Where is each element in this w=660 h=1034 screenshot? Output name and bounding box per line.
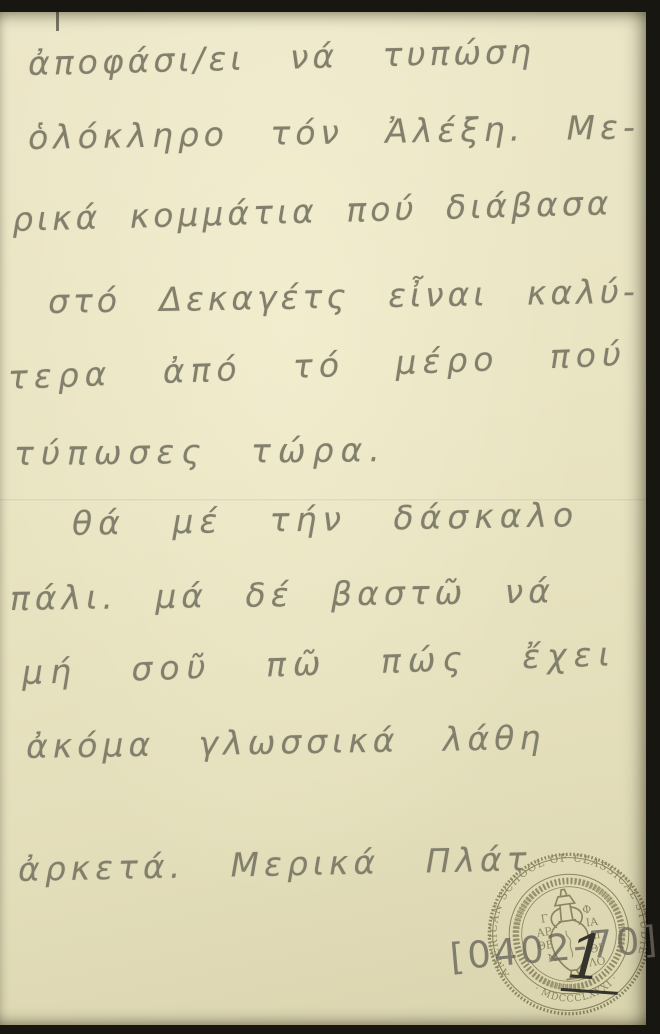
seal-letter: Φ xyxy=(582,902,593,916)
scan-edge-right xyxy=(646,0,660,1034)
letter-scan: ἀποφάσι/ει νά τυπώση ὁλόκληρο τόν Ἀλέξη.… xyxy=(0,0,660,1034)
seal-letter: Γ xyxy=(540,912,550,926)
ink-page-number: 1 xyxy=(561,923,623,995)
handwriting-line: πάλι. μά δέ βαστῶ νά xyxy=(10,571,555,618)
scan-edge-top xyxy=(0,0,660,12)
handwriting-line: τύπωσες τώρα. xyxy=(14,430,387,473)
scan-edge-bottom xyxy=(0,1025,660,1034)
scan-edge-notch xyxy=(56,12,59,31)
